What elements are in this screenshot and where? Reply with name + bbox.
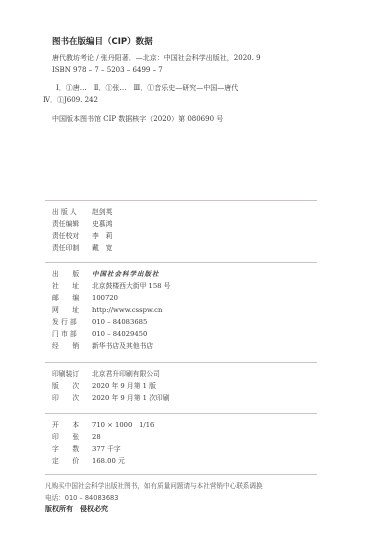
staff-row: 责任印制戴 宽 [52,244,112,253]
divider [45,362,317,363]
specs-row: 定 价168.00 元 [52,457,125,466]
cip-title: 图书在版编目（CIP）数据 [52,35,153,47]
publisher-row: 经 销新华书店及其他书店 [52,342,153,351]
specs-value: 710 × 1000 1/16 [92,421,154,430]
staff-value: 赵剑英 [92,208,112,217]
staff-label: 责任校对 [52,232,92,241]
specs-value: 168.00 元 [92,457,125,466]
publisher-label: 社 址 [52,282,92,291]
staff-value: 戴 宽 [92,244,112,253]
publisher-label: 经 销 [52,342,92,351]
publisher-row: 网 址http://www.csspw.cn [52,306,162,315]
printing-label: 印 次 [52,394,92,403]
staff-label: 出 版 人 [52,208,92,217]
staff-row: 责任编辑史慕鸿 [52,220,112,229]
specs-label: 定 价 [52,457,92,466]
staff-label: 责任编辑 [52,220,92,229]
divider [45,200,317,201]
specs-row: 字 数377 千字 [52,445,121,454]
cip-classification-2: Ⅳ．①J609. 242 [43,96,98,105]
website-link[interactable]: http://www.csspw.cn [92,306,162,315]
publisher-value: 北京鼓楼西大街甲 158 号 [92,282,170,291]
publisher-value: 010 – 84029450 [92,330,147,339]
printing-value: 2020 年 9 月第 1 次印刷 [92,394,170,403]
publisher-logo: 中国社会科学出版社 [92,270,160,279]
publisher-value: 010 – 84083685 [92,318,147,327]
quality-notice: 凡购买中国社会科学出版社图书，如有质量问题请与本社营销中心联系调换 [45,480,263,490]
printing-row: 印刷装订北京君升印刷有限公司 [52,370,160,379]
cip-isbn: ISBN 978 – 7 – 5203 – 6499 – 7 [52,66,163,75]
printing-value: 2020 年 9 月第 1 版 [92,382,156,391]
publisher-label: 发 行 部 [52,318,92,327]
specs-row: 印 张28 [52,433,101,442]
publisher-label: 邮 编 [52,294,92,303]
publisher-row: 邮 编100720 [52,294,118,303]
staff-value: 史慕鸿 [92,220,112,229]
publisher-row: 出 版中国社会科学出版社 [52,270,160,279]
specs-label: 开 本 [52,421,92,430]
staff-row: 出 版 人赵剑英 [52,208,112,217]
specs-value: 377 千字 [92,445,121,454]
publisher-row: 发 行 部010 – 84083685 [52,318,147,327]
divider [45,262,317,263]
cip-classification: Ⅰ．①唐… Ⅱ．①张… Ⅲ．①音乐史—研究—中国—唐代 [56,84,238,93]
staff-value: 李 莉 [92,232,112,241]
specs-value: 28 [92,433,101,442]
publisher-row: 门 市 部010 – 84029450 [52,330,147,339]
divider [45,413,317,414]
publisher-row: 社 址北京鼓楼西大街甲 158 号 [52,282,170,291]
printing-label: 版 次 [52,382,92,391]
phone-number: 电话：010 – 84083683 [45,492,118,502]
specs-label: 印 张 [52,433,92,442]
divider [45,474,317,475]
publisher-label: 出 版 [52,270,92,279]
specs-label: 字 数 [52,445,92,454]
cip-bibliographic-line: 唐代教坊考论 / 张丹阳著．—北京：中国社会科学出版社，2020. 9 [52,54,261,63]
staff-label: 责任印制 [52,244,92,253]
cip-core-number: 中国版本图书馆 CIP 数据核字（2020）第 080690 号 [52,115,223,124]
publisher-label: 网 址 [52,306,92,315]
copyright-notice: 版权所有 侵权必究 [45,504,108,514]
printing-row: 版 次2020 年 9 月第 1 版 [52,382,156,391]
printing-value: 北京君升印刷有限公司 [92,370,160,379]
staff-row: 责任校对李 莉 [52,232,112,241]
publisher-value: 100720 [92,294,118,303]
publisher-value: 新华书店及其他书店 [92,342,153,351]
publisher-label: 门 市 部 [52,330,92,339]
printing-row: 印 次2020 年 9 月第 1 次印刷 [52,394,170,403]
specs-row: 开 本710 × 1000 1/16 [52,421,154,430]
printing-label: 印刷装订 [52,370,92,379]
